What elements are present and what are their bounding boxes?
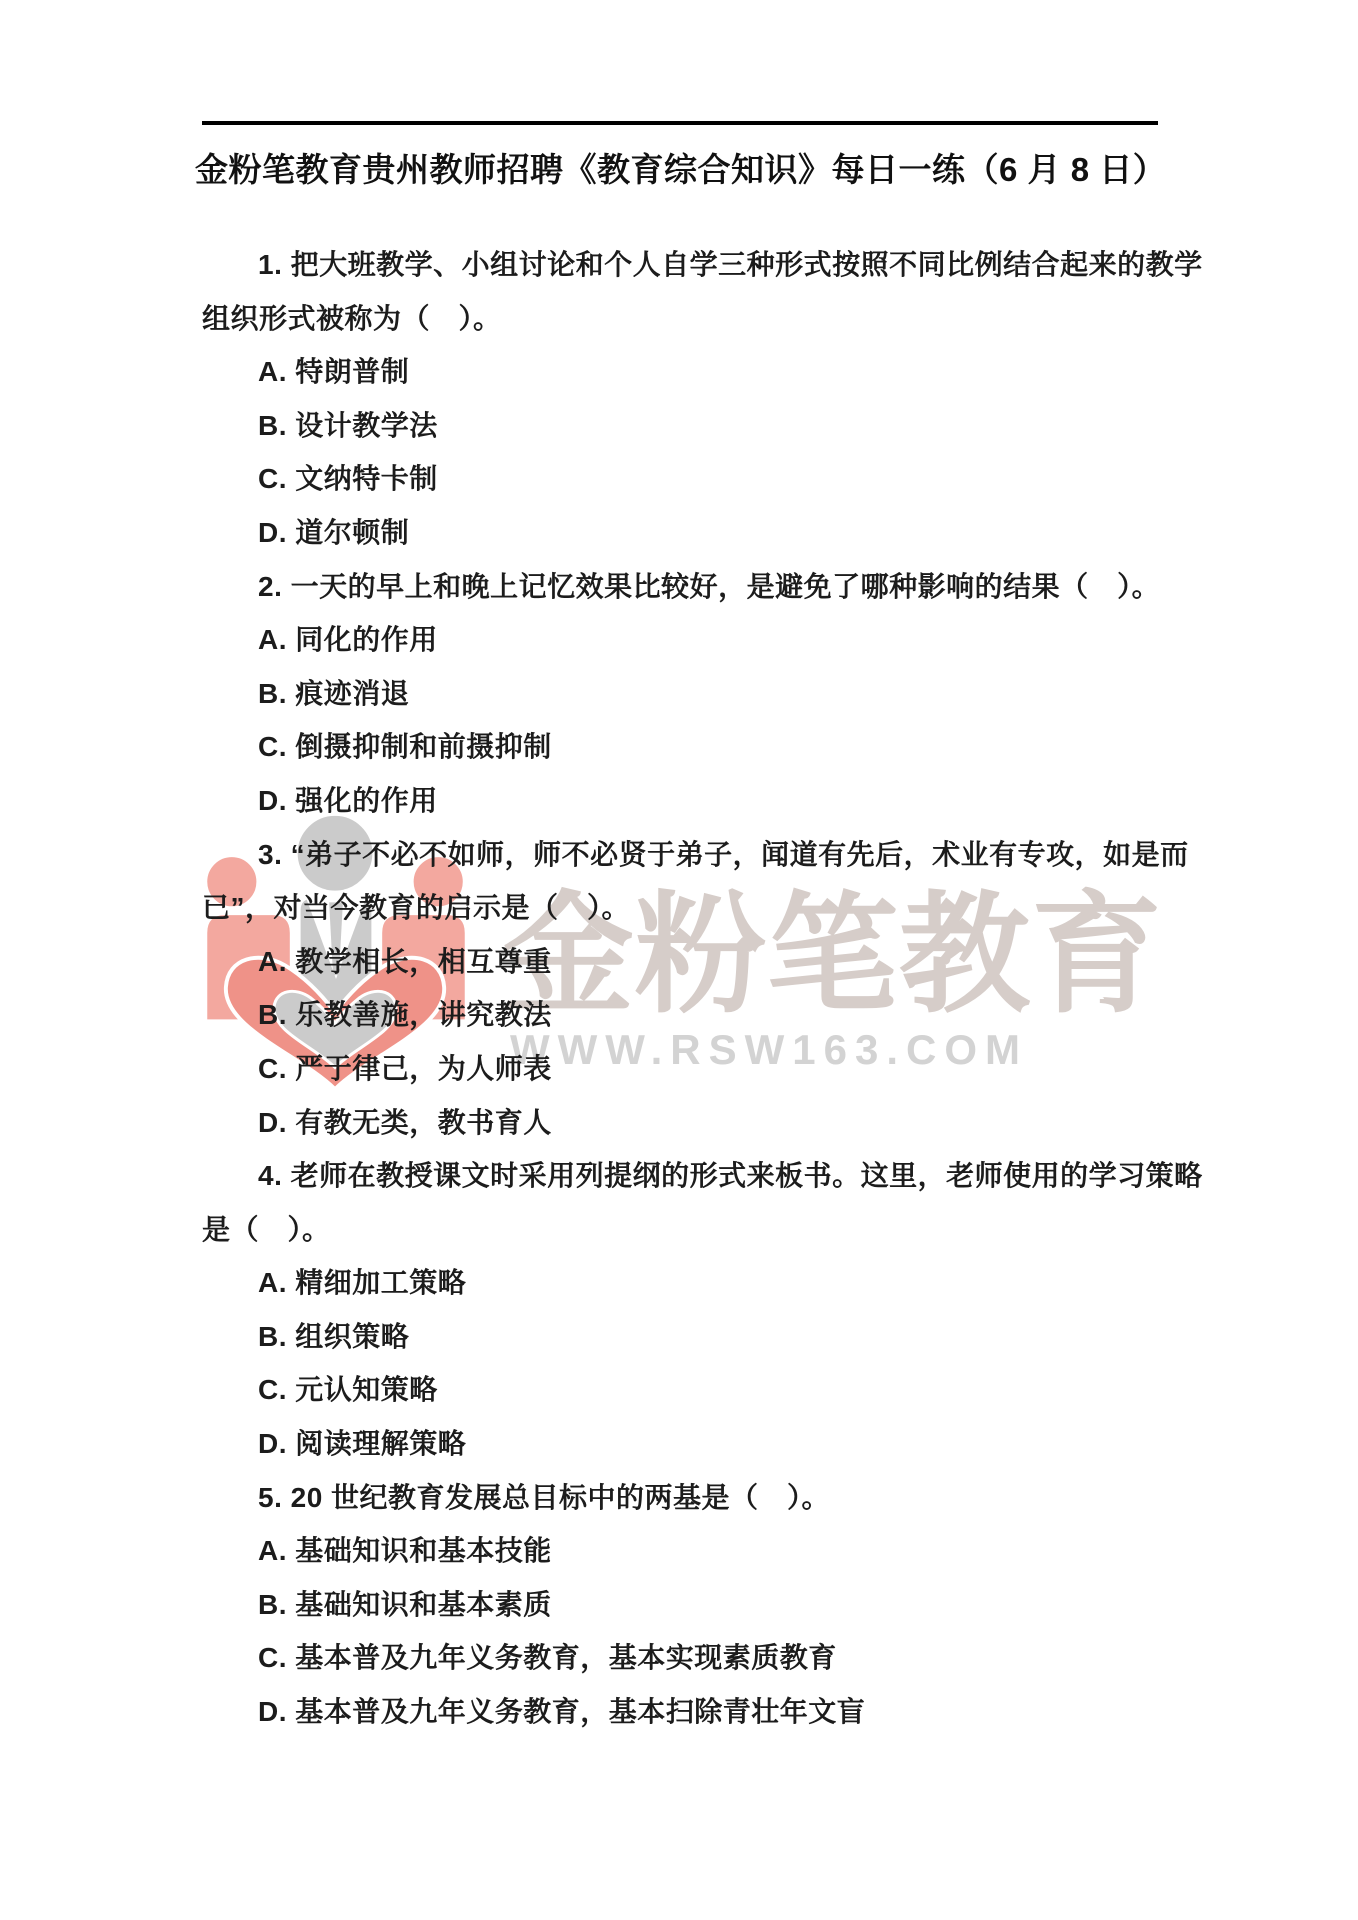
- question-2-option-A: A. 同化的作用: [202, 613, 1172, 667]
- question-5-option-B: B. 基础知识和基本素质: [202, 1578, 1172, 1632]
- question-1-stem-line-1: 1. 把大班教学、小组讨论和个人自学三种形式按照不同比例结合起来的教学: [202, 238, 1172, 292]
- question-5-option-C: C. 基本普及九年义务教育，基本实现素质教育: [202, 1631, 1172, 1685]
- question-3-option-D: D. 有教无类，教书育人: [202, 1096, 1172, 1150]
- question-3-option-A: A. 教学相长，相互尊重: [202, 935, 1172, 989]
- title-rule: [202, 121, 1158, 125]
- question-2-stem-line-1: 2. 一天的早上和晚上记忆效果比较好，是避免了哪种影响的结果（ ）。: [202, 560, 1172, 614]
- question-3-option-B: B. 乐教善施，讲究教法: [202, 988, 1172, 1042]
- question-5-stem-line-1: 5. 20 世纪教育发展总目标中的两基是（ ）。: [202, 1471, 1172, 1525]
- question-3-stem-line-2: 已”，对当今教育的启示是（ ）。: [202, 881, 1172, 935]
- question-2-option-D: D. 强化的作用: [202, 774, 1172, 828]
- question-1-option-C: C. 文纳特卡制: [202, 452, 1172, 506]
- document-page: 金粉笔教育 WWW.RSW163.COM 金粉笔教育贵州教师招聘《教育综合知识》…: [0, 0, 1358, 1920]
- question-4-option-C: C. 元认知策略: [202, 1363, 1172, 1417]
- question-list: 1. 把大班教学、小组讨论和个人自学三种形式按照不同比例结合起来的教学组织形式被…: [202, 238, 1172, 1739]
- question-4-stem-line-2: 是（ ）。: [202, 1203, 1172, 1257]
- question-4-option-B: B. 组织策略: [202, 1310, 1172, 1364]
- question-1-option-B: B. 设计教学法: [202, 399, 1172, 453]
- question-1-option-A: A. 特朗普制: [202, 345, 1172, 399]
- document-title: 金粉笔教育贵州教师招聘《教育综合知识》每日一练（6 月 8 日）: [195, 144, 1165, 190]
- question-4-option-A: A. 精细加工策略: [202, 1256, 1172, 1310]
- question-3-stem-line-1: 3. “弟子不必不如师，师不必贤于弟子，闻道有先后，术业有专攻，如是而: [202, 828, 1172, 882]
- question-5-option-A: A. 基础知识和基本技能: [202, 1524, 1172, 1578]
- document-content: 金粉笔教育贵州教师招聘《教育综合知识》每日一练（6 月 8 日） 1. 把大班教…: [0, 0, 1358, 1920]
- question-4-option-D: D. 阅读理解策略: [202, 1417, 1172, 1471]
- question-4-stem-line-1: 4. 老师在教授课文时采用列提纲的形式来板书。这里，老师使用的学习策略: [202, 1149, 1172, 1203]
- question-3-option-C: C. 严于律己，为人师表: [202, 1042, 1172, 1096]
- question-1-option-D: D. 道尔顿制: [202, 506, 1172, 560]
- question-2-option-C: C. 倒摄抑制和前摄抑制: [202, 720, 1172, 774]
- question-2-option-B: B. 痕迹消退: [202, 667, 1172, 721]
- question-1-stem-line-2: 组织形式被称为（ ）。: [202, 292, 1172, 346]
- question-5-option-D: D. 基本普及九年义务教育，基本扫除青壮年文盲: [202, 1685, 1172, 1739]
